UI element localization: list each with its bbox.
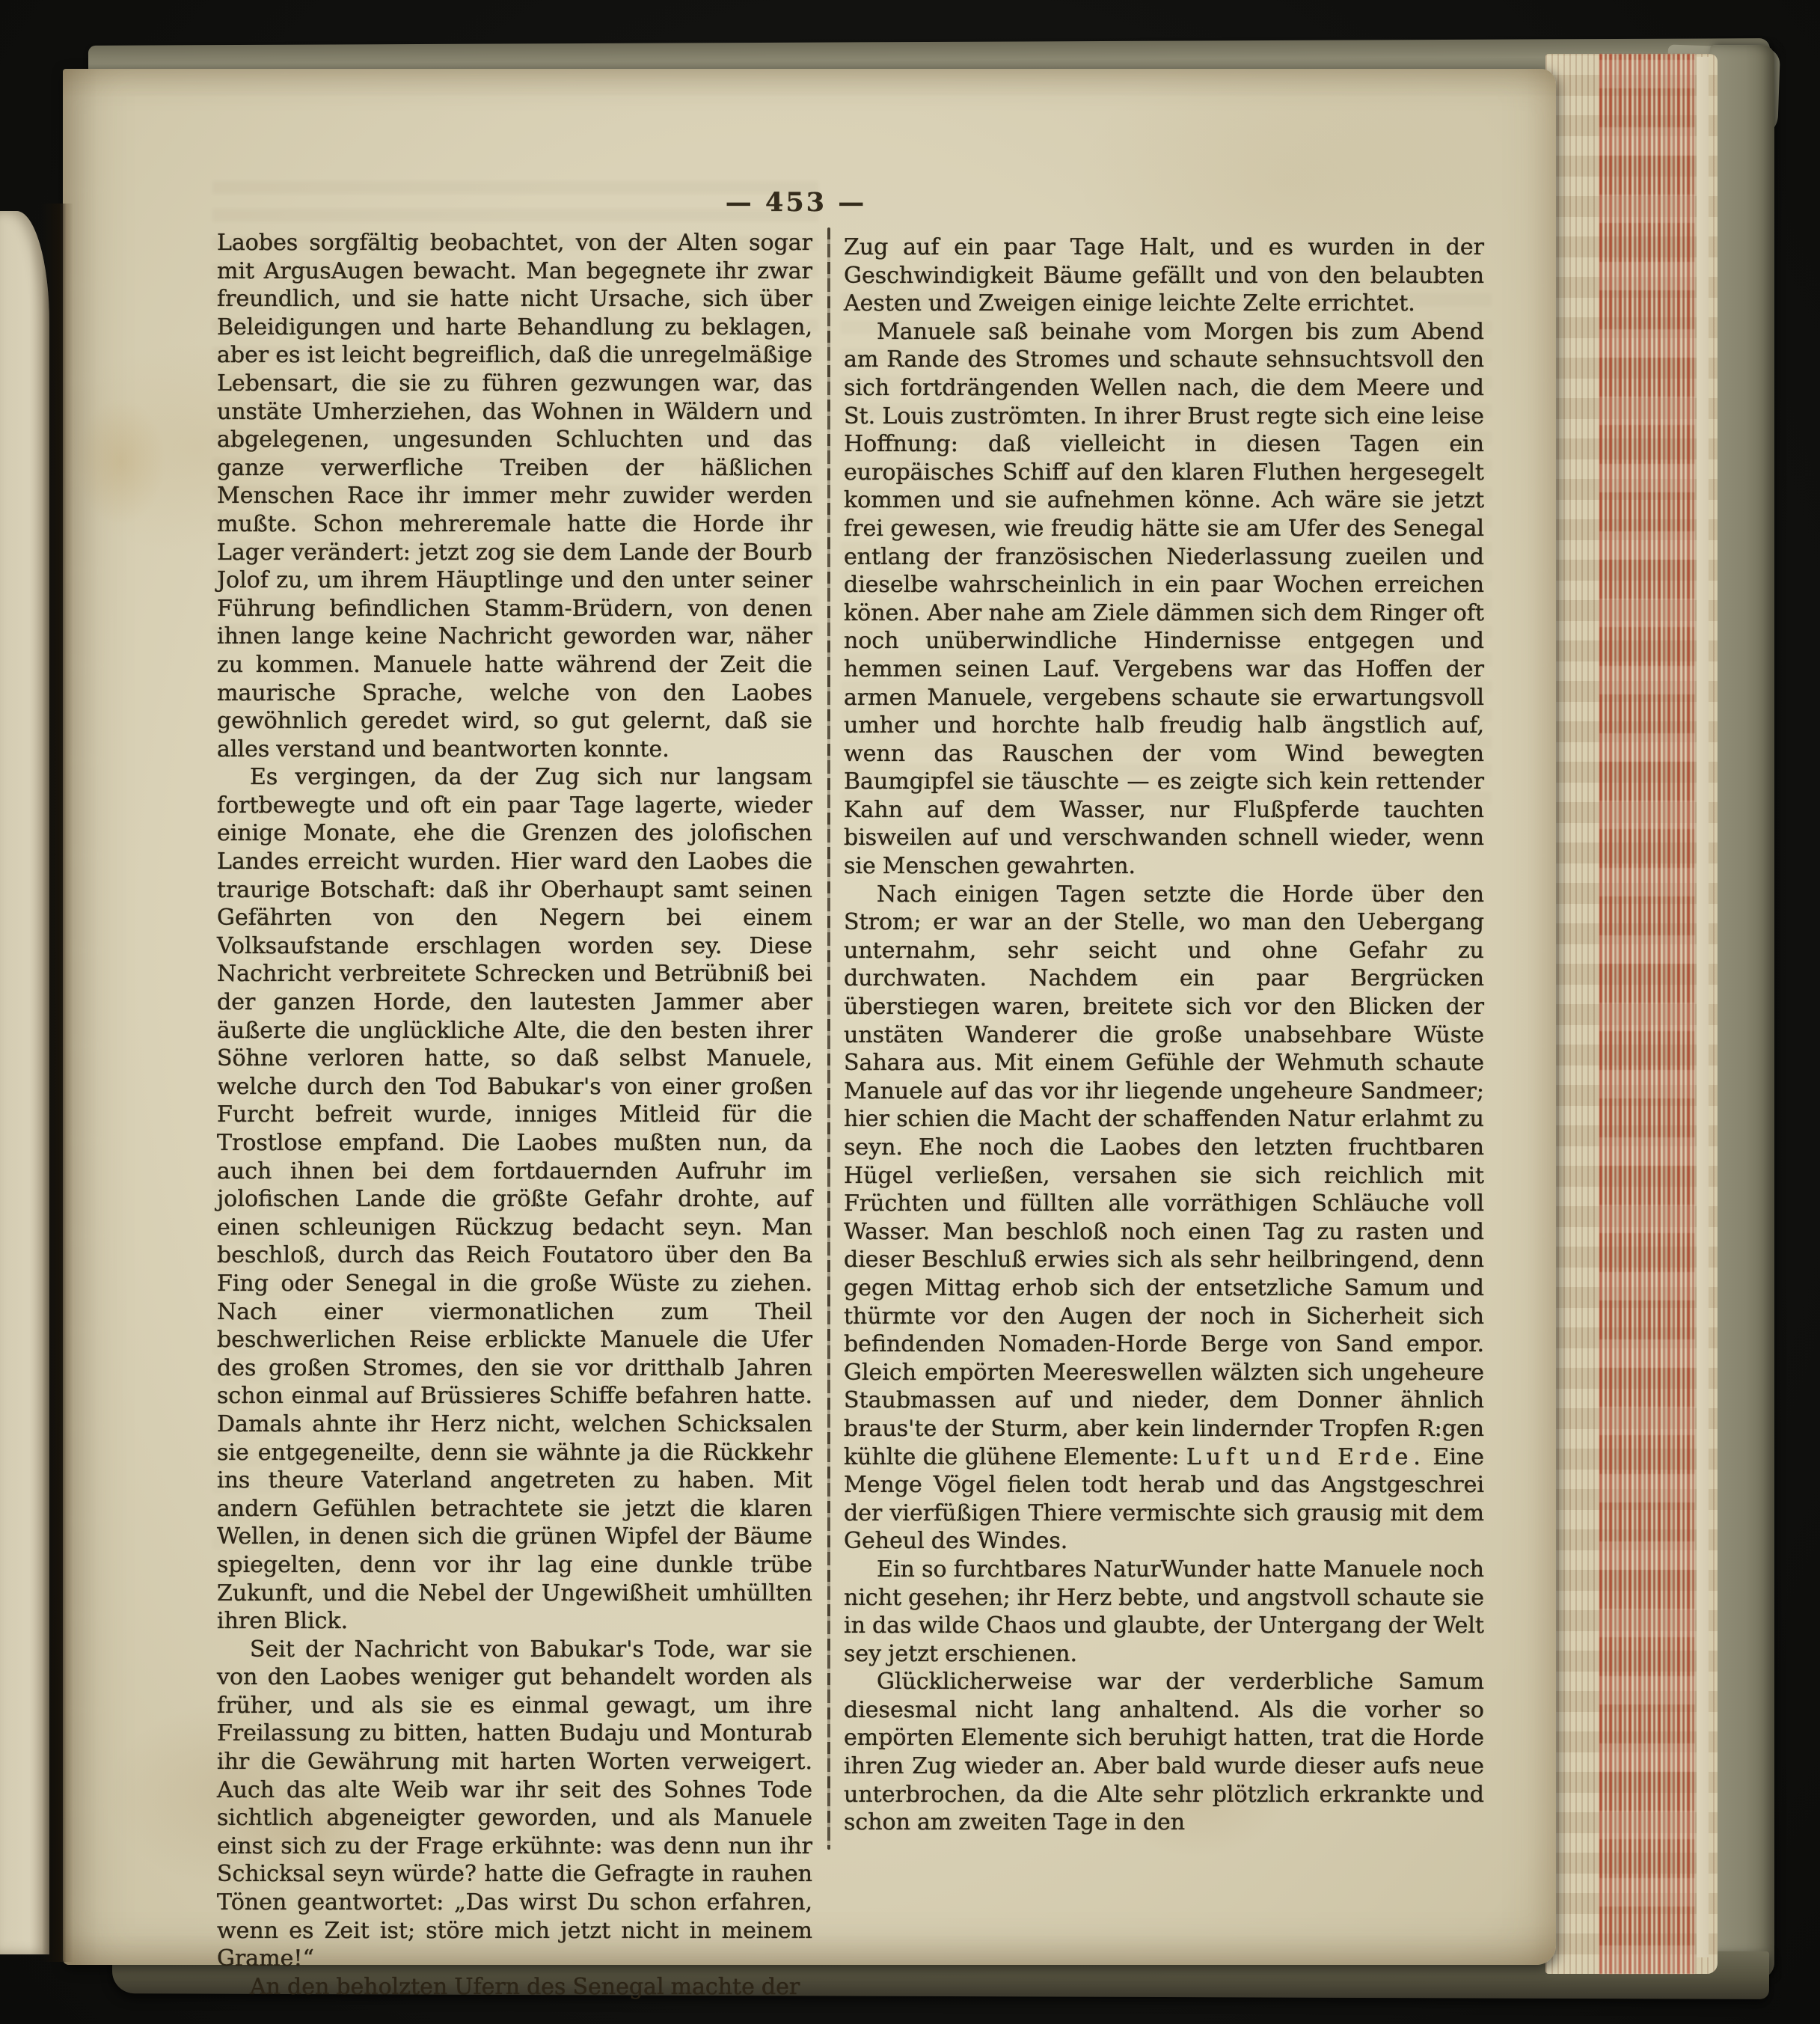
- column-divider-rule: [827, 227, 830, 1850]
- text-paragraph: Laobes sorgfältig beobachtet, von der Al…: [217, 229, 812, 763]
- red-sprinkled-edge: [1599, 54, 1695, 1974]
- page-stack-fore-edge: [1545, 54, 1718, 1974]
- text-paragraph: Nach einigen Tagen setzte die Horde über…: [844, 881, 1484, 1556]
- paragraph-segment: Nach einigen Tagen setzte die Horde über…: [844, 881, 1484, 1470]
- paper-stain: [76, 398, 166, 525]
- book-photo: — 453 — Laobes sorgfältig beobachtet, vo…: [0, 0, 1820, 2024]
- fore-edge-light-band: [1697, 57, 1709, 1957]
- text-paragraph: Ein so furchtbares NaturWunder hatte Man…: [844, 1556, 1484, 1668]
- page-number: — 453 —: [639, 187, 953, 218]
- text-paragraph: Zug auf ein paar Tage Halt, und es wurde…: [844, 233, 1484, 318]
- text-paragraph: Es vergingen, da der Zug sich nur langsa…: [217, 763, 812, 1635]
- facing-page-sliver: [0, 211, 49, 1954]
- text-paragraph: An den beholzten Ufern des Senegal macht…: [217, 1973, 812, 2002]
- book-page: — 453 — Laobes sorgfältig beobachtet, vo…: [63, 69, 1556, 1965]
- letterspaced-phrase: Luft und Erde.: [1186, 1444, 1426, 1470]
- text-paragraph: Glücklicherweise war der verderbliche Sa…: [844, 1668, 1484, 1837]
- text-column-left: Laobes sorgfältig beobachtet, von der Al…: [217, 229, 812, 1845]
- text-column-right: Zug auf ein paar Tage Halt, und es wurde…: [844, 233, 1484, 1872]
- book-cover-right-edge: [1710, 45, 1774, 1979]
- text-paragraph: Seit der Nachricht von Babukar's Tode, w…: [217, 1636, 812, 1973]
- text-paragraph: Manuele saß beinahe vom Morgen bis zum A…: [844, 318, 1484, 881]
